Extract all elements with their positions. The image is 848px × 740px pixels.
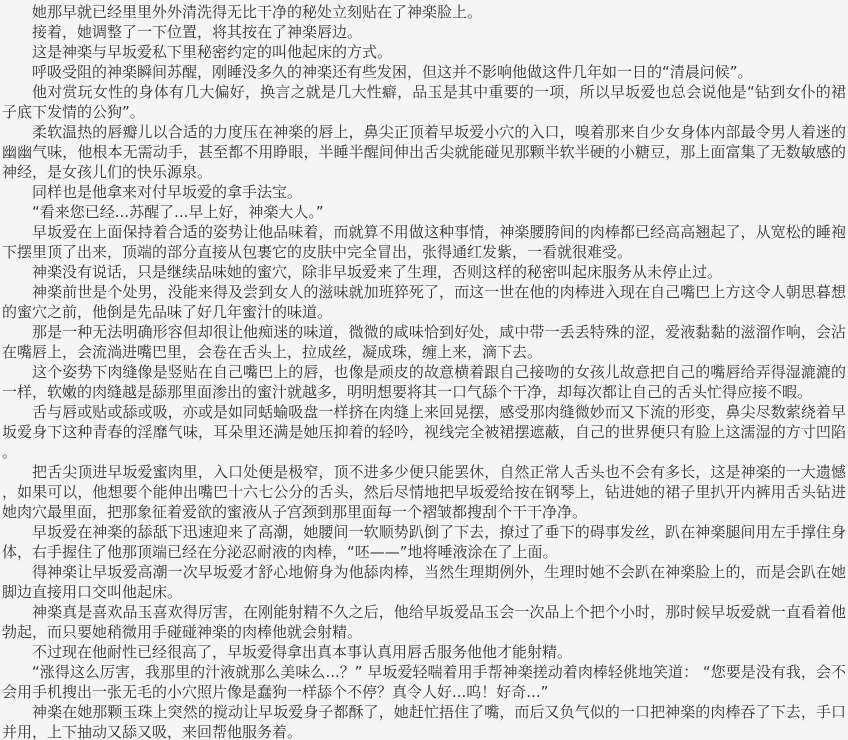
paragraph: “涨得这么厉害，我那里的汁液就那么美味么...？” 早坂爱轻喘着用手帮神楽搓动着…	[2, 662, 846, 702]
novel-text-page: 她那早就已经里里外外清洗得无比干净的秘处立刻贴在了神楽脸上。接着，她调整了一下位…	[0, 0, 848, 740]
paragraph: “看来您已经...苏醒了...早上好，神楽大人。”	[2, 202, 846, 222]
paragraph: 把舌尖顶进早坂爱蜜肉里，入口处便是极窄，顶不进多少便只能罢休，自然正常人舌头也不…	[2, 462, 846, 522]
paragraph: 同样也是他拿来对付早坂爱的拿手法宝。	[2, 182, 846, 202]
paragraph: 那是一种无法明确形容但却很让他痴迷的味道，微微的咸味恰到好处，咸中带一丢丢特殊的…	[2, 322, 846, 362]
paragraph: 神楽在她那颗玉珠上突然的搅动让早坂爱身子都酥了，她赶忙捂住了嘴，而后又负气似的一…	[2, 702, 846, 740]
paragraph: 呼吸受阻的神楽瞬间苏醒，刚睡没多久的神楽还有些发困，但这并不影响他做这件几年如一…	[2, 62, 846, 82]
paragraph: 舌与唇或贴或舔或吸，亦或是如同蛞蝓吸盘一样挤在肉缝上来回晃摆，感受那肉缝微妙而又…	[2, 402, 846, 462]
paragraph: 这个姿势下肉缝像是竖贴在自己嘴巴上的唇，也像是顽皮的故意横着跟自己接吻的女孩儿故…	[2, 362, 846, 402]
paragraph: 他对赏玩女性的身体有几大偏好，换言之就是几大性癖，品玉是其中重要的一项，所以早坂…	[2, 82, 846, 122]
paragraph: 这是神楽与早坂爱私下里秘密约定的叫他起床的方式。	[2, 42, 846, 62]
paragraph: 柔软温热的唇瓣儿以合适的力度压在神楽的唇上，鼻尖正顶着早坂爱小穴的入口，嗅着那来…	[2, 122, 846, 182]
novel-paragraphs: 她那早就已经里里外外清洗得无比干净的秘处立刻贴在了神楽脸上。接着，她调整了一下位…	[2, 2, 846, 740]
paragraph: 神楽没有说话，只是继续品味她的蜜穴，除非早坂爱来了生理，否则这样的秘密叫起床服务…	[2, 262, 846, 282]
paragraph: 神楽前世是个处男，没能来得及尝到女人的滋味就加班猝死了，而这一世在他的肉棒进入现…	[2, 282, 846, 322]
paragraph: 她那早就已经里里外外清洗得无比干净的秘处立刻贴在了神楽脸上。	[2, 2, 846, 22]
paragraph: 早坂爱在上面保持着合适的姿势让他品味着，而就算不用做这种事情，神楽腰胯间的肉棒都…	[2, 222, 846, 262]
paragraph: 得神楽让早坂爱高潮一次早坂爱才舒心地俯身为他舔肉棒，当然生理期例外，生理时她不会…	[2, 562, 846, 602]
paragraph: 神楽真是喜欢品玉喜欢得厉害，在刚能射精不久之后，他给早坂爱品玉会一次品上个把个小…	[2, 602, 846, 642]
paragraph: 接着，她调整了一下位置，将其按在了神楽唇边。	[2, 22, 846, 42]
paragraph: 早坂爱在神楽的舔舐下迅速迎来了高潮，她腰间一软顺势趴倒了下去，撩过了垂下的碍事发…	[2, 522, 846, 562]
paragraph: 不过现在他耐性已经很高了，早坂爱得拿出真本事认真用唇舌服务他他才能射精。	[2, 642, 846, 662]
